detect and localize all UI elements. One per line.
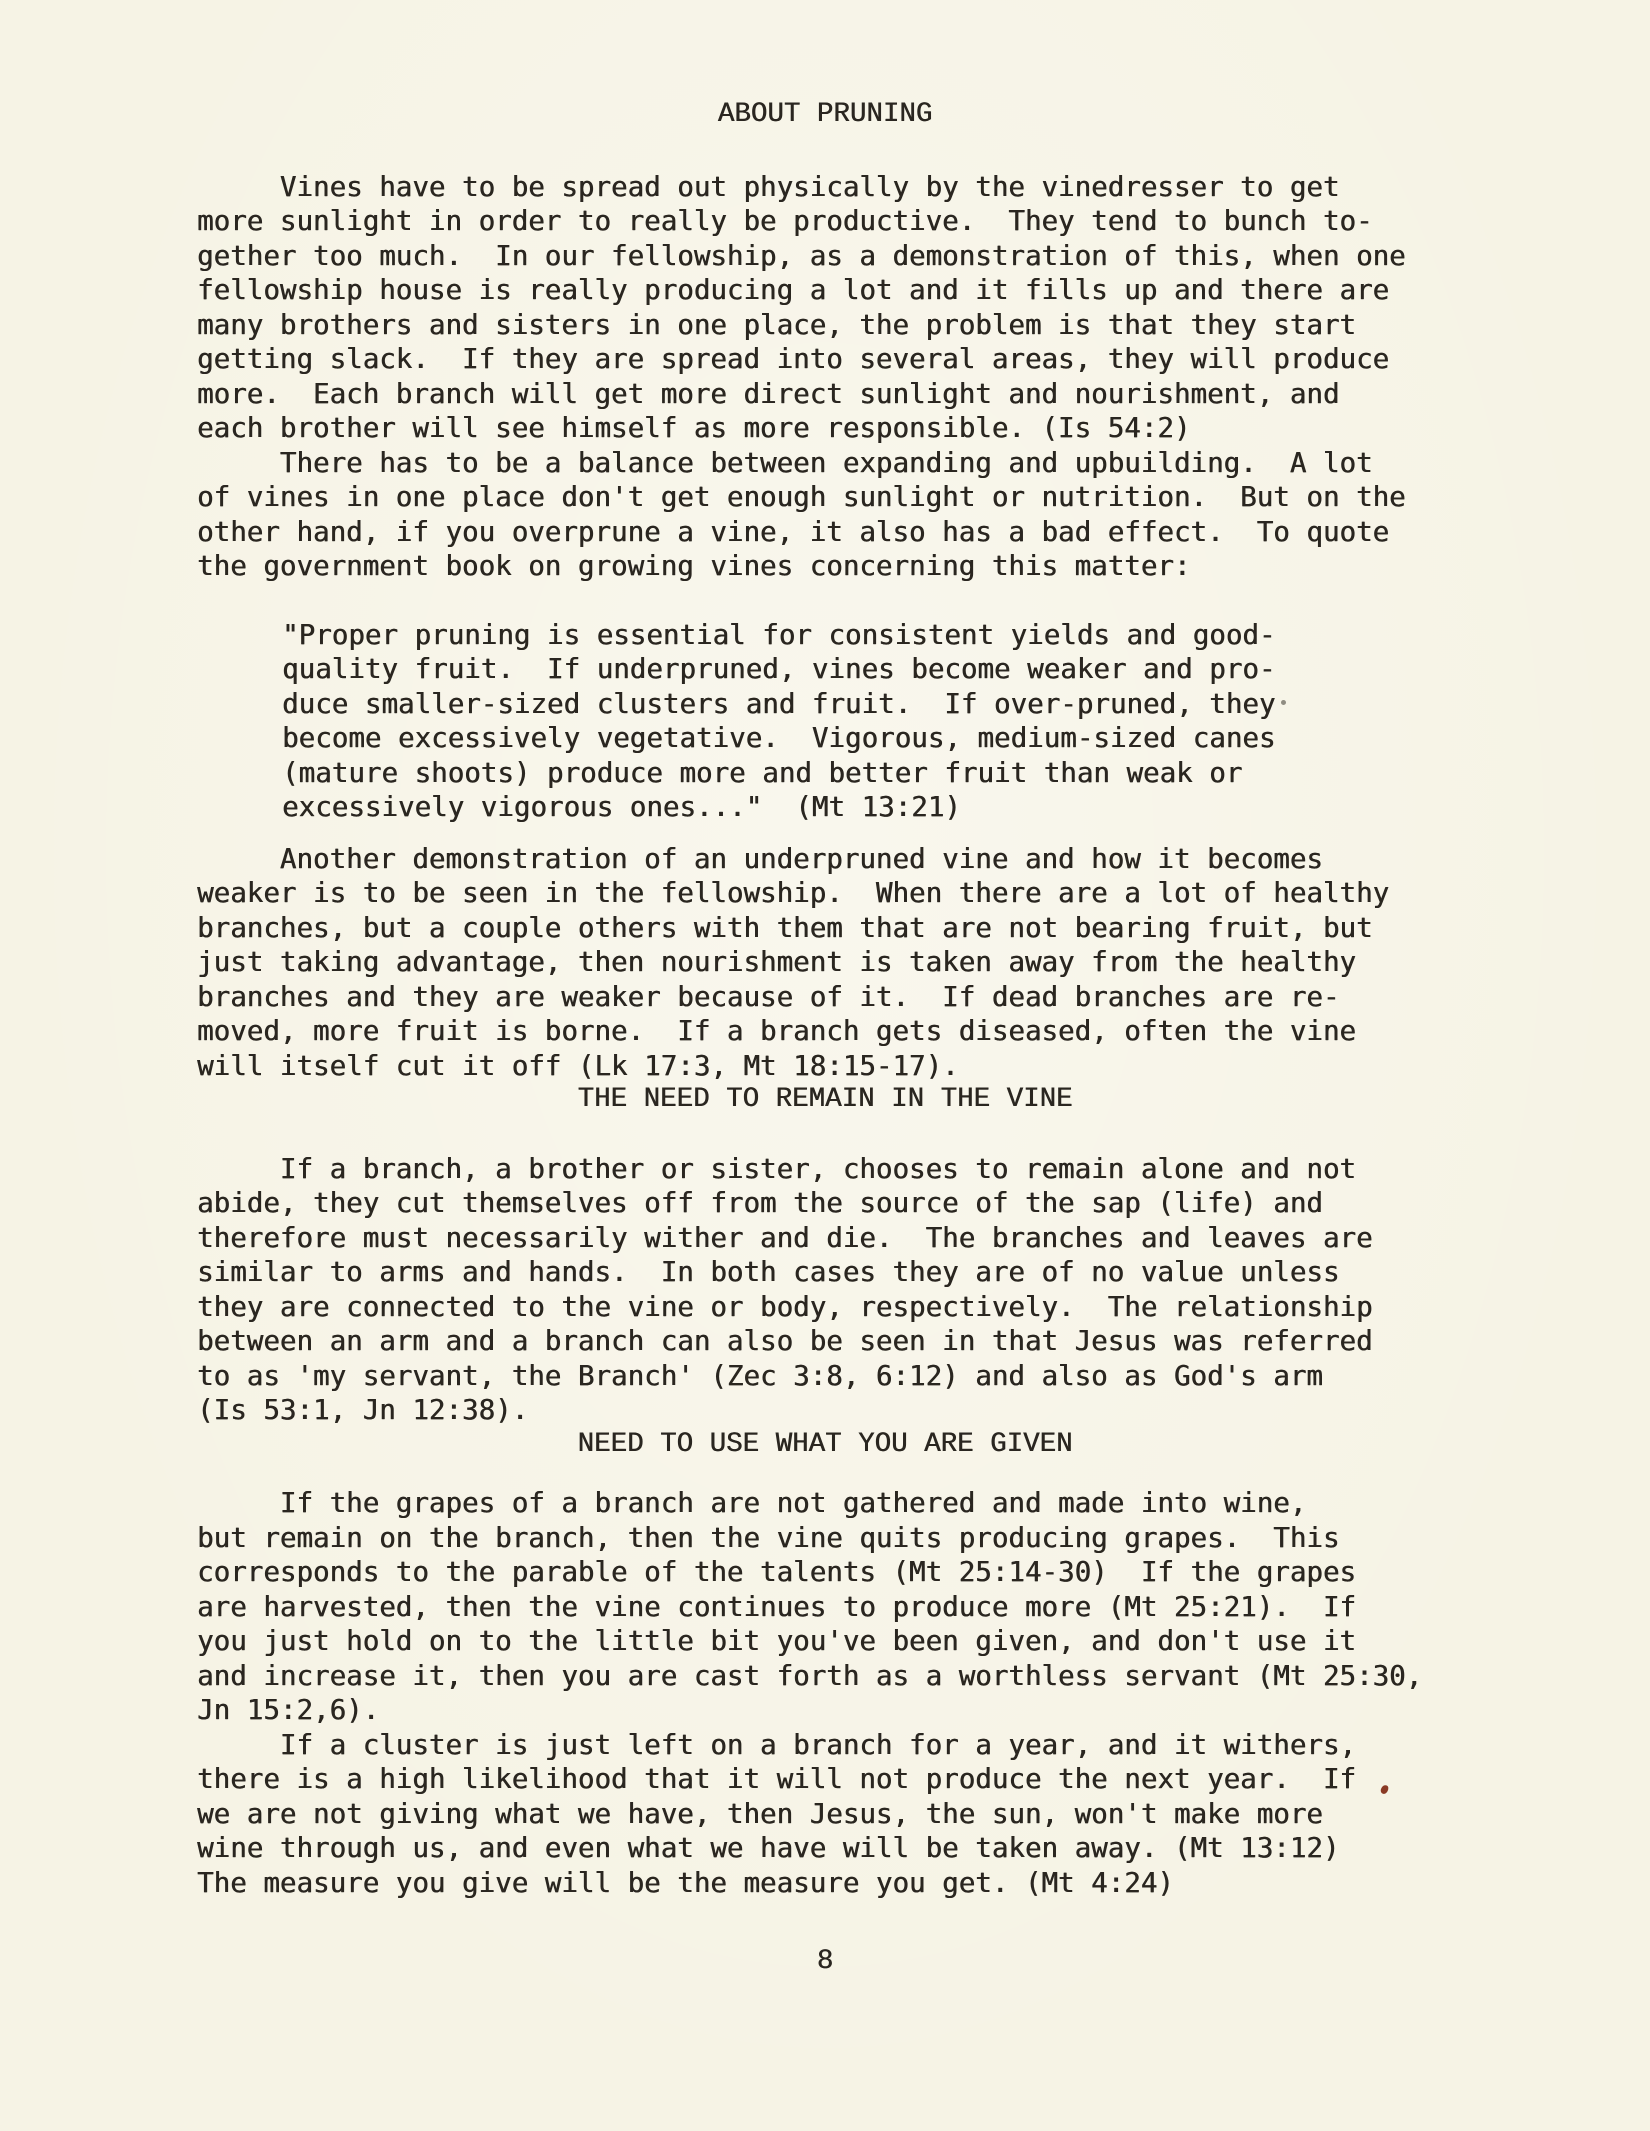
page-number: 8 bbox=[197, 1945, 1453, 1980]
paragraph-branch-abide: If a branch, a brother or sister, choose… bbox=[197, 1152, 1453, 1428]
paragraph-cluster-left: If a cluster is just left on a branch fo… bbox=[197, 1728, 1453, 1901]
paragraph-another-demonstration: Another demonstration of an underpruned … bbox=[197, 842, 1453, 1084]
paragraph-vines-spread: Vines have to be spread out physically b… bbox=[197, 170, 1453, 446]
scanned-document-page: ABOUT PRUNING Vines have to be spread ou… bbox=[0, 0, 1650, 2131]
text-column: Vines have to be spread out physically b… bbox=[0, 170, 1650, 1980]
paragraph-balance: There has to be a balance between expand… bbox=[197, 446, 1453, 584]
section-heading-use-what-given: NEED TO USE WHAT YOU ARE GIVEN bbox=[197, 1428, 1453, 1463]
paragraph-grapes-gathered: If the grapes of a branch are not gather… bbox=[197, 1486, 1453, 1728]
paper-speck-gray bbox=[1281, 700, 1286, 705]
section-heading-remain-in-vine: THE NEED TO REMAIN IN THE VINE bbox=[197, 1083, 1453, 1118]
page-title: ABOUT PRUNING bbox=[0, 98, 1650, 133]
blockquote-government-book: "Proper pruning is essential for consist… bbox=[197, 618, 1453, 825]
